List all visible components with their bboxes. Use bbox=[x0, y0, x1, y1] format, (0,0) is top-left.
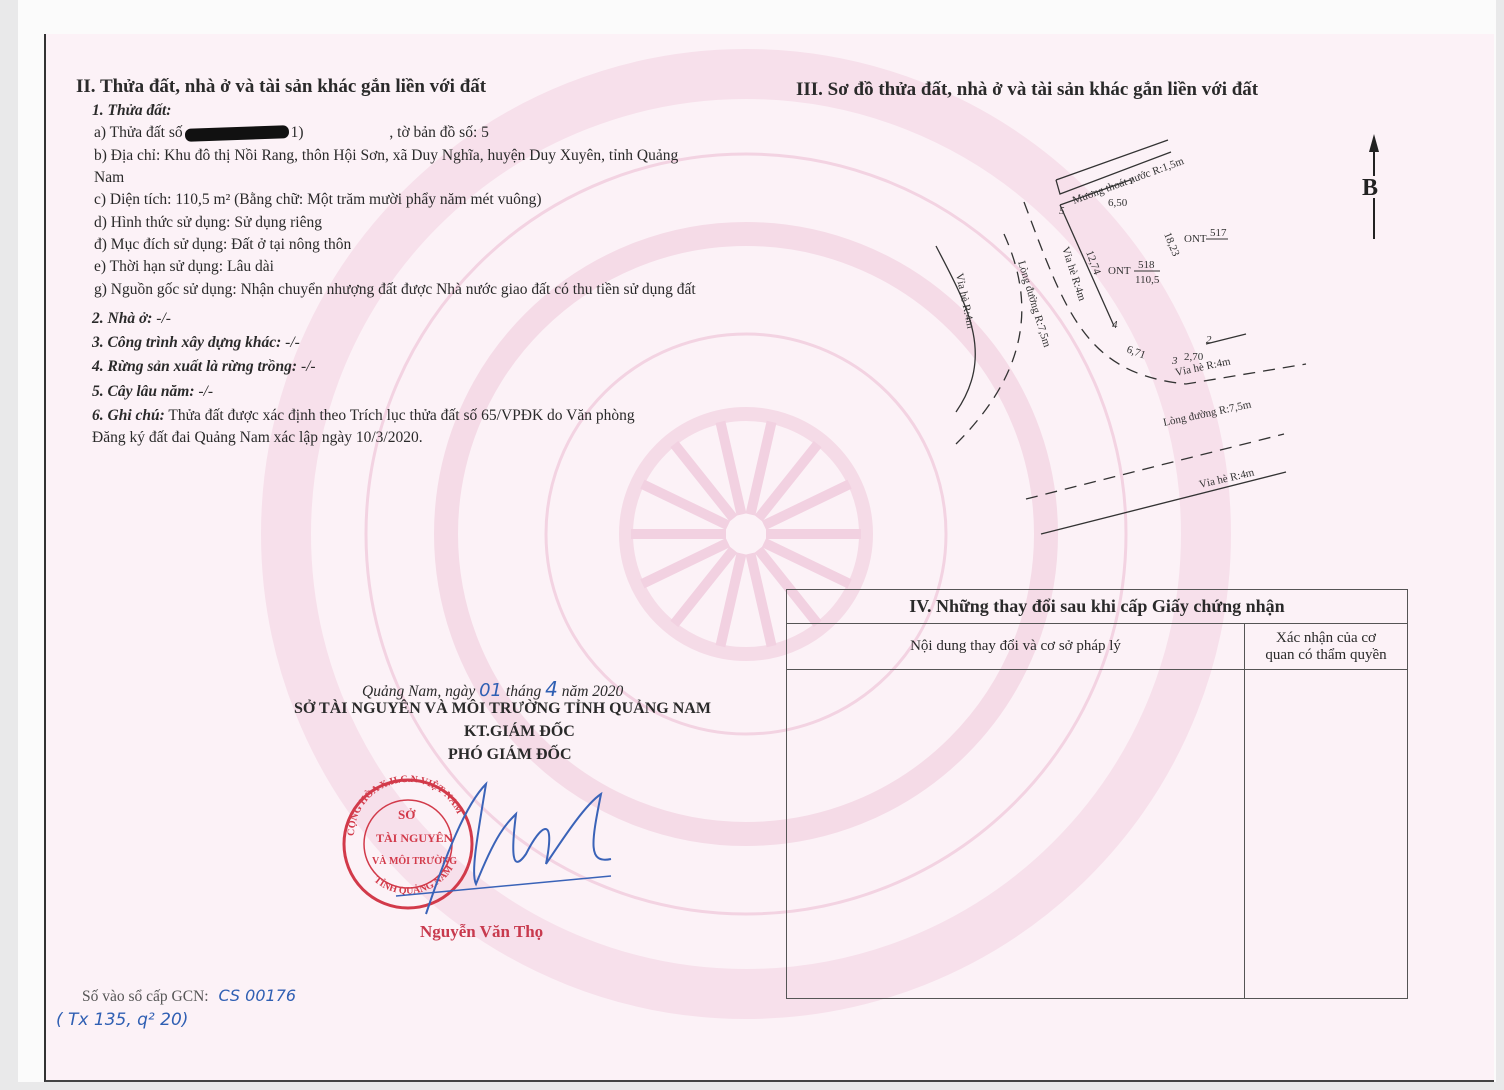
parcel-area: 110,5 bbox=[1135, 274, 1160, 286]
svg-text:SỞ: SỞ bbox=[398, 807, 416, 822]
parcel-type: ONT bbox=[1108, 265, 1131, 277]
svg-text:TÀI NGUYÊN: TÀI NGUYÊN bbox=[376, 831, 453, 845]
neighbor-type: ONT bbox=[1184, 233, 1207, 245]
svg-text:5: 5 bbox=[1059, 205, 1065, 217]
edge-right-length: 18,23 bbox=[1161, 231, 1182, 259]
sidewalk-label-left: Vỉa hè R:4m bbox=[953, 272, 977, 330]
neighbor-number: 517 bbox=[1210, 227, 1227, 239]
edge-curve-length: 6,71 bbox=[1125, 344, 1147, 362]
registry-handnote: ( Tx 135, q² 20) bbox=[56, 1010, 188, 1030]
changes-table: IV. Những thay đổi sau khi cấp Giấy chứn… bbox=[786, 589, 1408, 999]
north-label: B bbox=[1362, 175, 1378, 201]
svg-text:3: 3 bbox=[1171, 355, 1178, 367]
road-label-left: Lòng đường R:7,5m bbox=[1015, 259, 1053, 349]
column-change-content: Nội dung thay đổi và cơ sở pháp lý bbox=[787, 624, 1245, 670]
issuing-agency: SỞ TÀI NGUYÊN VÀ MÔI TRƯỜNG TỈNH QUẢNG N… bbox=[294, 700, 711, 718]
svg-text:2: 2 bbox=[1206, 334, 1212, 346]
handwritten-day: 01 bbox=[479, 680, 502, 701]
registry-number: CS 00176 bbox=[218, 986, 296, 1005]
column-authority-confirmation: Xác nhận của cơquan có thẩm quyền bbox=[1245, 624, 1408, 670]
svg-text:1: 1 bbox=[1129, 175, 1135, 187]
parcel-sketch: Mương thoát nước R:1,5m 6,50 5 1 2 3 4 1… bbox=[46, 34, 1494, 594]
parcel-number: 518 bbox=[1138, 259, 1155, 271]
change-content-cell bbox=[787, 670, 1245, 999]
svg-text:CỘNG HÒA X.H.C.N VIỆT NAM: CỘNG HÒA X.H.C.N VIỆT NAM bbox=[345, 774, 465, 836]
authority-confirmation-cell bbox=[1245, 670, 1408, 999]
road-label-bottom: Lòng đường R:7,5m bbox=[1162, 398, 1253, 428]
certificate-page: II. Thửa đất, nhà ở và tài sản khác gắn … bbox=[44, 34, 1494, 1082]
section-iv-title: IV. Những thay đổi sau khi cấp Giấy chứn… bbox=[787, 590, 1408, 624]
north-arrow-icon: B bbox=[1358, 134, 1390, 239]
issue-date: Quảng Nam, ngày 01 tháng 4 năm 2020 bbox=[362, 677, 623, 701]
registry-line: Số vào sổ cấp GCN: CS 00176 bbox=[82, 986, 296, 1006]
official-seal: CỘNG HÒA X.H.C.N VIỆT NAM TỈNH QUẢNG NAM… bbox=[326, 764, 626, 924]
edge-top-length: 6,50 bbox=[1108, 197, 1128, 209]
svg-text:4: 4 bbox=[1112, 319, 1118, 331]
signer-role-2: PHÓ GIÁM ĐỐC bbox=[448, 746, 572, 764]
signer-name: Nguyễn Văn Thọ bbox=[420, 922, 543, 942]
handwritten-month: 4 bbox=[545, 677, 558, 701]
signer-role-1: KT.GIÁM ĐỐC bbox=[464, 723, 575, 741]
